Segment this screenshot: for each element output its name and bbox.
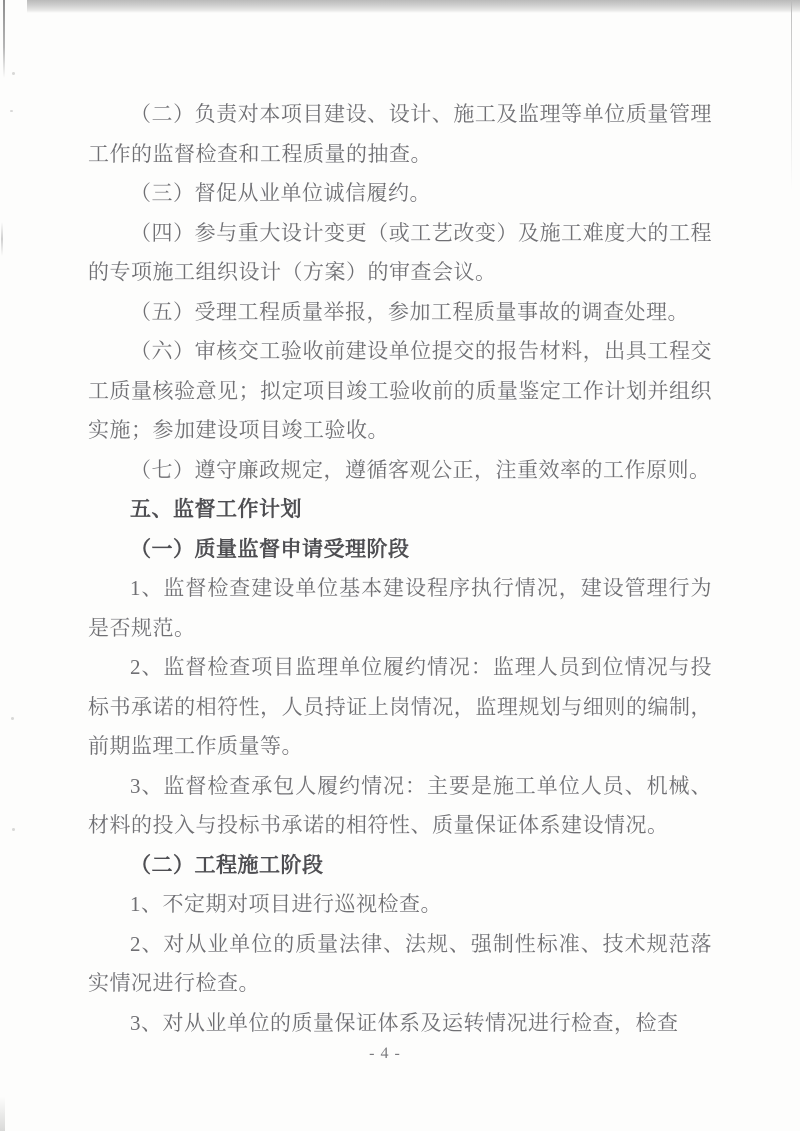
- body-paragraph: （六）审核交工验收前建设单位提交的报告材料，出具工程交工质量核验意见；拟定项目竣…: [88, 332, 712, 451]
- scan-speck: [12, 828, 15, 831]
- scan-shadow-top: [27, 0, 800, 13]
- body-paragraph: 1、不定期对项目进行巡视检查。: [88, 885, 712, 925]
- body-paragraph: 1、监督检查建设单位基本建设程序执行情况，建设管理行为是否规范。: [88, 569, 712, 648]
- body-paragraph: （五）受理工程质量举报，参加工程质量事故的调查处理。: [88, 293, 712, 333]
- body-paragraph: 2、监督检查项目监理单位履约情况：监理人员到位情况与投标书承诺的相符性，人员持证…: [88, 648, 712, 767]
- document-page: （二）负责对本项目建设、设计、施工及监理等单位质量管理工作的监督检查和工程质量的…: [0, 0, 800, 1131]
- scan-speck: [10, 110, 13, 112]
- body-paragraph: 3、监督检查承包人履约情况：主要是施工单位人员、机械、材料的投入与投标书承诺的相…: [88, 767, 712, 846]
- section-heading: （一）质量监督申请受理阶段: [88, 530, 712, 570]
- scan-speck: [11, 717, 14, 720]
- scan-edge-right: [791, 0, 792, 190]
- section-heading: 五、监督工作计划: [88, 490, 712, 530]
- scan-edge-left-lower: [1, 222, 3, 256]
- body-paragraph: 3、对从业单位的质量保证体系及运转情况进行检查，检查: [88, 1004, 712, 1044]
- document-body: （二）负责对本项目建设、设计、施工及监理等单位质量管理工作的监督检查和工程质量的…: [88, 95, 712, 1043]
- scan-edge-left-bottom: [0, 1097, 5, 1131]
- body-paragraph: 2、对从业单位的质量法律、法规、强制性标准、技术规范落实情况进行检查。: [88, 925, 712, 1004]
- scan-edge-left: [3, 0, 5, 78]
- body-paragraph: （七）遵守廉政规定，遵循客观公正，注重效率的工作原则。: [88, 451, 712, 491]
- page-number: - 4 -: [0, 1045, 785, 1063]
- body-paragraph: （四）参与重大设计变更（或工艺改变）及施工难度大的工程的专项施工组织设计（方案）…: [88, 214, 712, 293]
- body-paragraph: （二）负责对本项目建设、设计、施工及监理等单位质量管理工作的监督检查和工程质量的…: [88, 95, 712, 174]
- section-heading: （二）工程施工阶段: [88, 846, 712, 886]
- scan-speck: [12, 72, 15, 75]
- body-paragraph: （三）督促从业单位诚信履约。: [88, 174, 712, 214]
